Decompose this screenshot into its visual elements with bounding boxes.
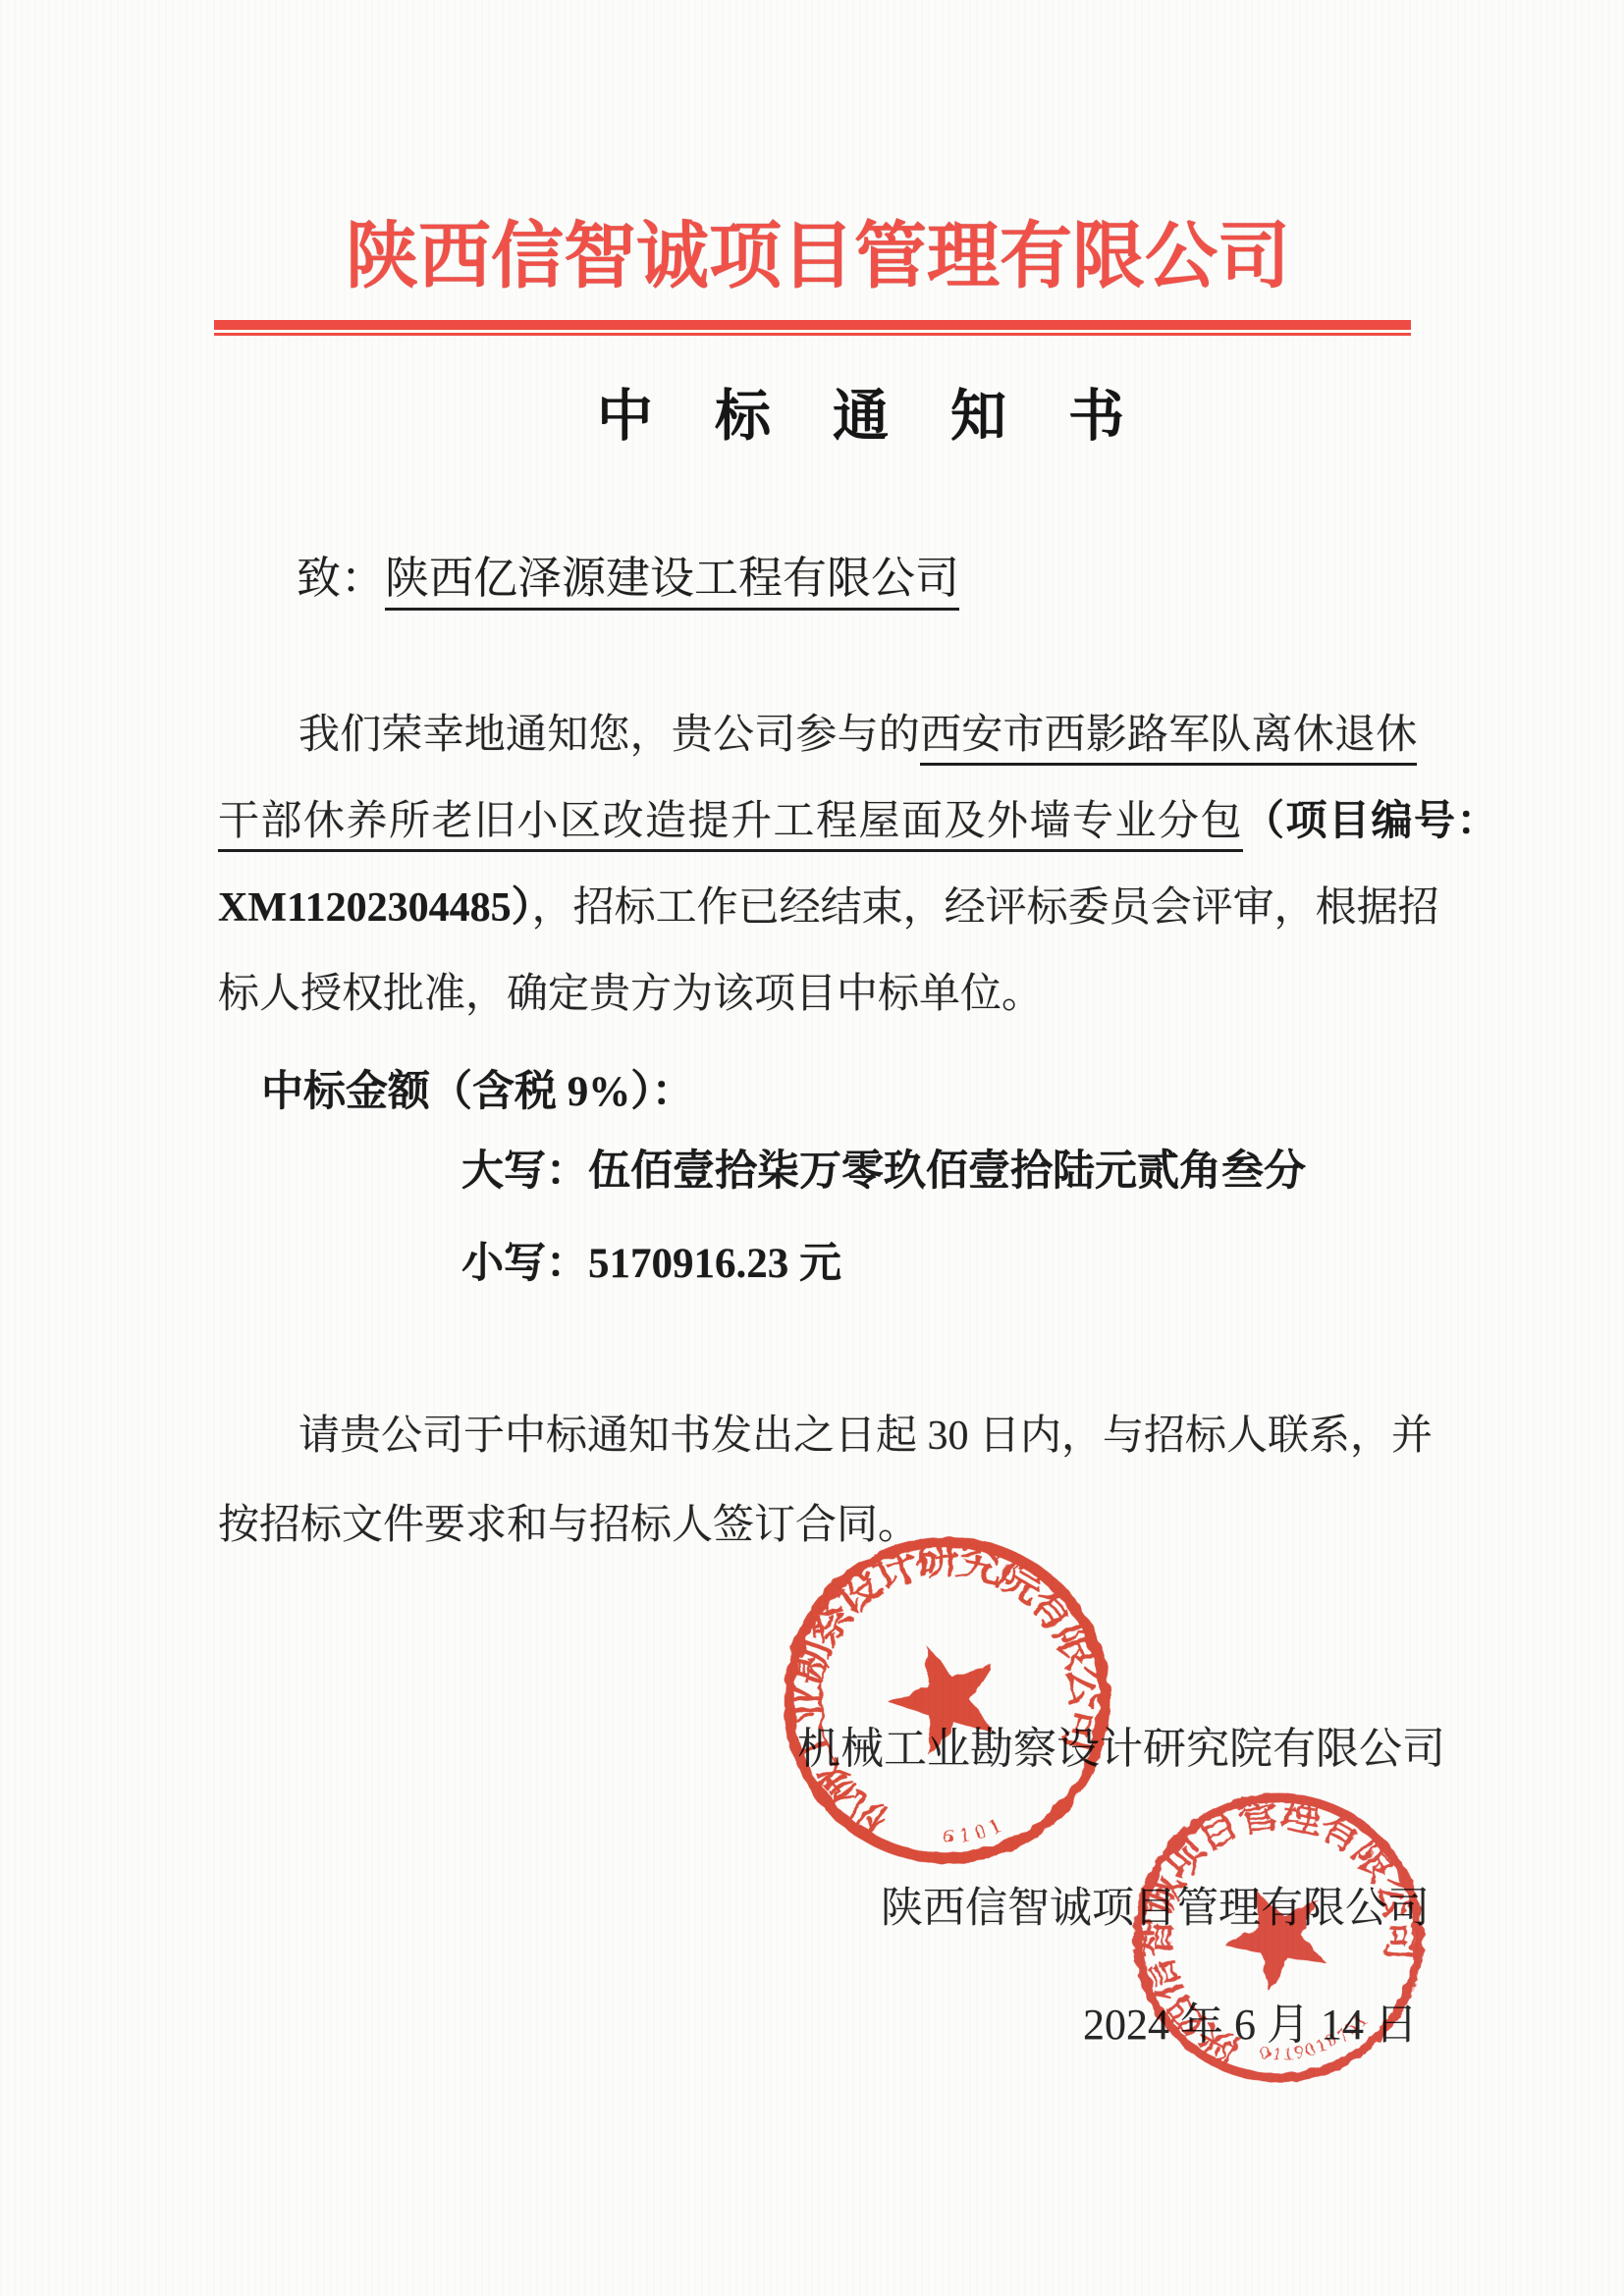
letterhead-divider-rule — [214, 320, 1411, 336]
letterhead-company-name: 陕西信智诚项目管理有限公司 — [346, 216, 1290, 295]
project-number-value: XM11202304485） — [218, 885, 532, 931]
amount-in-words: 大写：伍佰壹拾柒万零玖佰壹拾陆元贰角叁分 — [461, 1145, 1306, 1199]
body-line-3: XM11202304485），招标工作已经结束，经评标委员会评审，根据招 — [218, 882, 1439, 935]
divider-thick-line — [214, 320, 1411, 330]
seal-star-icon — [1208, 1866, 1345, 2001]
body-line-1: 我们荣幸地通知您，贵公司参与的西安市西影路军队离休退休 — [298, 710, 1417, 763]
seal-star-icon — [875, 1627, 1014, 1763]
award-amount-label: 中标金额（含税 9%）： — [261, 1065, 694, 1119]
body-line-3-text: ，招标工作已经结束，经评标委员会评审，根据招 — [532, 885, 1439, 931]
body-line-6: 按招标文件要求和与招标人签订合同。 — [218, 1500, 919, 1553]
project-name-part-2: 干部休养所老旧小区改造提升工程屋面及外墙专业分包 — [218, 799, 1243, 852]
amount-in-figures: 小写：5170916.23 元 — [461, 1237, 841, 1291]
divider-thin-line — [214, 333, 1411, 336]
recipient-name: 陕西亿泽源建设工程有限公司 — [385, 554, 959, 611]
scanned-document-page: 陕西信智诚项目管理有限公司 中标通知书 致：陕西亿泽源建设工程有限公司 我们荣幸… — [0, 0, 1624, 2296]
document-title: 中标通知书 — [597, 385, 1186, 450]
body-line-1-text: 我们荣幸地通知您，贵公司参与的 — [298, 713, 920, 758]
project-number-label: （项目编号： — [1243, 799, 1499, 844]
body-line-4: 标人授权批准，确定贵方为该项目中标单位。 — [218, 969, 1043, 1022]
body-line-2: 干部休养所老旧小区改造提升工程屋面及外墙专业分包（项目编号： — [218, 796, 1499, 849]
body-line-5: 请贵公司于中标通知书发出之日起 30 日内，与招标人联系，并 — [298, 1411, 1433, 1464]
project-name-part-1: 西安市西影路军队离休退休 — [920, 713, 1417, 766]
recipient-line: 致：陕西亿泽源建设工程有限公司 — [297, 542, 959, 606]
recipient-label: 致： — [297, 554, 385, 603]
